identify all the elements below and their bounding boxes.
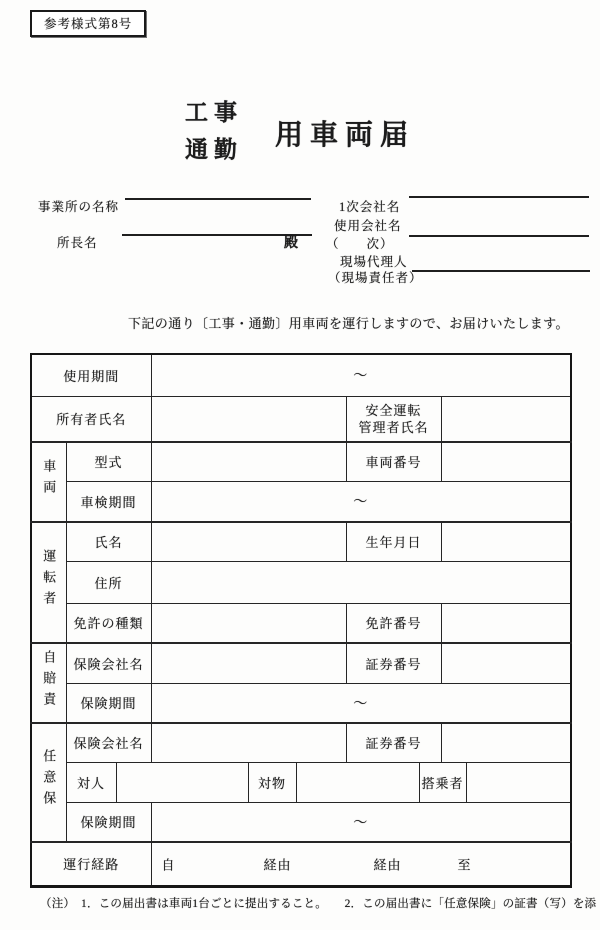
bodily-injury-label-cell: 対人 [66,762,116,802]
row-inspection-period: 車検期間 ～ [31,481,571,522]
usage-period-value-cell: ～ [151,354,571,396]
compulsory-policy-value-cell [441,643,571,683]
model-value-cell [151,442,346,481]
site-agent-underline [412,270,590,272]
route-via1-label: 経由 [264,854,292,873]
office-name-label: 事業所の名称 [38,197,119,215]
compulsory-company-value-cell [151,643,346,683]
row-owner-name: 所有者氏名 安全運転 管理者氏名 [31,396,571,442]
title-type-commute: 通勤 [185,131,243,168]
vehicle-report-table: 使用期間 ～ 所有者氏名 安全運転 管理者氏名 車両 型式 車両番号 車検期間 … [30,353,572,888]
owner-name-label-cell: 所有者氏名 [31,396,151,442]
group-vehicle-label: 車両 [39,459,58,501]
row-driver-name: 運転者 氏名 生年月日 [31,522,571,561]
row-voluntary-period: 保険期間 ～ [31,802,571,842]
using-company-underline [409,235,589,237]
title-main-text: 用車両届 [275,113,415,153]
route-from-label: 自 [162,854,176,873]
title-type-stack: 工事 通勤 [185,94,243,168]
row-coverage: 対人 対物 搭乗者 [31,762,571,802]
property-damage-label-cell: 対物 [248,762,296,802]
notice-sentence: 下記の通り〔工事・通勤〕用車両を運行しますので、お届けいたします。 [128,313,569,332]
safety-manager-value-cell [441,396,571,442]
row-voluntary-company: 任意保 保険会社名 証券番号 [31,723,571,762]
row-compulsory-company: 自賠責 保険会社名 証券番号 [31,643,571,683]
license-type-label-cell: 免許の種類 [66,603,151,643]
group-compulsory-insurance-cell: 自賠責 [31,643,66,723]
birth-date-label-cell: 生年月日 [346,522,441,561]
group-driver-label: 運転者 [39,549,58,612]
inspection-period-value-cell: ～ [151,481,571,522]
vehicle-number-value-cell [441,442,571,481]
voluntary-period-value-cell: ～ [151,802,571,842]
compulsory-period-value-cell: ～ [151,683,571,723]
property-damage-value-cell [296,762,419,802]
compulsory-company-label-cell: 保険会社名 [66,643,151,683]
group-driver-cell: 運転者 [31,522,66,643]
honorific-dono: 殿 [284,232,298,252]
route-via2-label: 経由 [374,854,402,873]
title-type-construction: 工事 [185,94,243,131]
vehicle-number-label-cell: 車両番号 [346,442,441,481]
site-responsible-label: （現場責任者） [328,268,423,286]
address-label-cell: 住所 [66,561,151,603]
row-license: 免許の種類 免許番号 [31,603,571,643]
compulsory-period-label-cell: 保険期間 [66,683,151,723]
route-to-label: 至 [458,854,472,873]
voluntary-policy-label-cell: 証券番号 [346,723,441,762]
address-value-cell [151,561,571,603]
form-number-box: 参考様式第8号 [30,10,146,37]
group-voluntary-insurance-label: 任意保 [39,749,58,812]
using-company-label: 使用会社名 [334,216,402,234]
footnote-text: （注） 1．この届出書は車両1台ごとに提出すること。 2．この届出書に「任意保険… [40,895,596,911]
group-vehicle-cell: 車両 [31,442,66,522]
director-name-label: 所長名 [57,233,98,251]
primary-contractor-label: 1次会社名 [339,197,400,215]
voluntary-policy-value-cell [441,723,571,762]
compulsory-policy-label-cell: 証券番号 [346,643,441,683]
safety-manager-label: 安全運転 管理者氏名 [347,402,441,436]
voluntary-company-value-cell [151,723,346,762]
passenger-label-cell: 搭乗者 [419,762,466,802]
license-number-value-cell [441,603,571,643]
row-compulsory-period: 保険期間 ～ [31,683,571,723]
tilde-mark: ～ [353,816,368,831]
passenger-value-cell [466,762,571,802]
driver-name-label-cell: 氏名 [66,522,151,561]
safety-manager-label-cell: 安全運転 管理者氏名 [346,396,441,442]
row-usage-period: 使用期間 ～ [31,354,571,396]
inspection-period-label-cell: 車検期間 [66,481,151,522]
row-route: 運行経路 自 経由 経由 至 [31,842,571,886]
model-label-cell: 型式 [66,442,151,481]
group-voluntary-insurance-cell: 任意保 [31,723,66,842]
usage-period-label-cell: 使用期間 [31,354,151,396]
group-compulsory-insurance-label: 自賠責 [39,650,58,713]
office-name-underline [125,198,311,200]
driver-name-value-cell [151,522,346,561]
voluntary-period-label-cell: 保険期間 [66,802,151,842]
license-number-label-cell: 免許番号 [346,603,441,643]
license-type-value-cell [151,603,346,643]
tilde-mark: ～ [353,369,368,384]
route-label-cell: 運行経路 [31,842,151,886]
tilde-mark: ～ [353,697,368,712]
voluntary-company-label-cell: 保険会社名 [66,723,151,762]
row-vehicle-model: 車両 型式 車両番号 [31,442,571,481]
route-value-cell: 自 経由 経由 至 [151,842,571,886]
birth-date-value-cell [441,522,571,561]
document-title: 工事 通勤 用車両届 [0,94,600,168]
row-address: 住所 [31,561,571,603]
form-number-label: 参考様式第8号 [44,17,132,31]
owner-name-value-cell [151,396,346,442]
bodily-injury-value-cell [116,762,248,802]
tilde-mark: ～ [353,495,368,510]
primary-contractor-underline [409,196,589,198]
tier-suffix-label: （ 次） [326,234,394,252]
